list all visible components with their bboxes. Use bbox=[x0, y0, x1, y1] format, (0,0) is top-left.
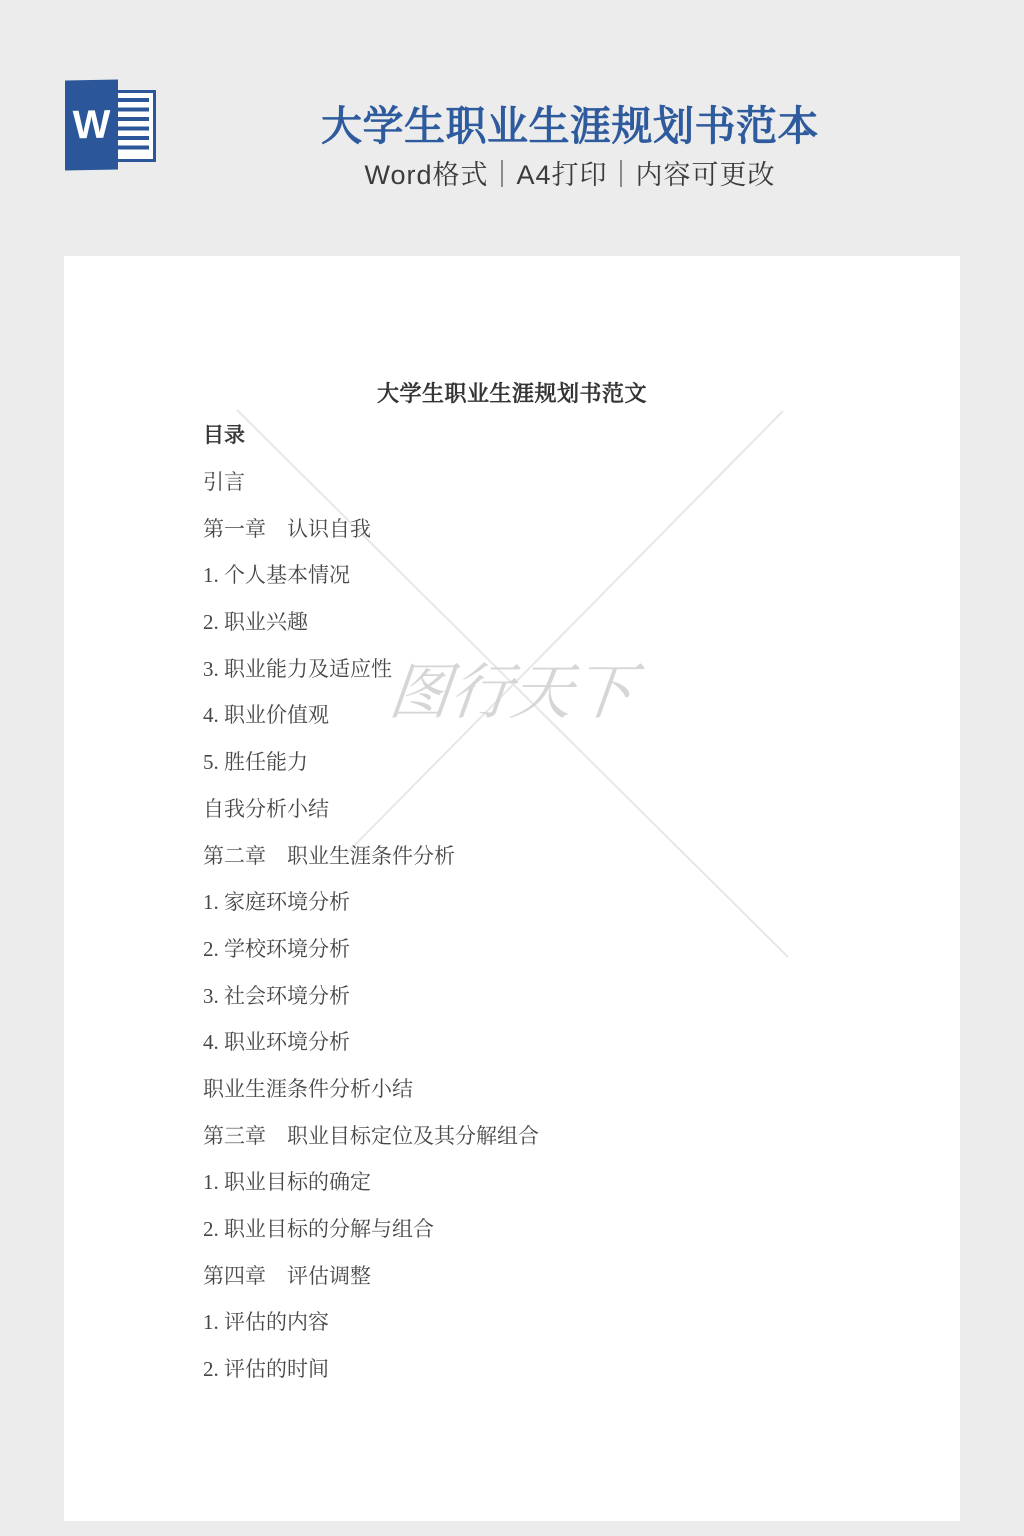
page-title: 大学生职业生涯规划书范本 bbox=[180, 93, 960, 152]
toc-item: 1. 家庭环境分析 bbox=[203, 878, 870, 925]
toc-item: 1. 职业目标的确定 bbox=[203, 1158, 870, 1205]
toc-item: 4. 职业环境分析 bbox=[203, 1018, 870, 1065]
screen: W 大学生职业生涯规划书范本 Word格式｜A4打印｜内容可更改 图行天下 大学… bbox=[0, 0, 1024, 1536]
toc-item: 2. 职业兴趣 bbox=[203, 598, 870, 645]
toc-item: 自我分析小结 bbox=[203, 785, 870, 832]
word-icon-page-lines bbox=[117, 98, 149, 154]
document-page: 图行天下 大学生职业生涯规划书范文 目录 引言 第一章 认识自我 1. 个人基本… bbox=[64, 256, 960, 1521]
word-icon-letter: W bbox=[73, 105, 111, 146]
word-file-icon: W bbox=[65, 80, 157, 172]
toc-item: 2. 职业目标的分解与组合 bbox=[203, 1205, 870, 1252]
toc-item: 第二章 职业生涯条件分析 bbox=[203, 831, 870, 878]
toc-item: 职业生涯条件分析小结 bbox=[203, 1065, 870, 1112]
toc-item: 第一章 认识自我 bbox=[203, 504, 870, 551]
toc-item: 引言 bbox=[203, 458, 870, 505]
toc-item: 3. 社会环境分析 bbox=[203, 971, 870, 1018]
word-icon-panel: W bbox=[65, 79, 118, 170]
document-title: 大学生职业生涯规划书范文 bbox=[64, 377, 960, 408]
toc-item: 3. 职业能力及适应性 bbox=[203, 644, 870, 691]
toc-item: 5. 胜任能力 bbox=[203, 738, 870, 785]
toc-item: 2. 学校环境分析 bbox=[203, 925, 870, 972]
toc-item: 2. 评估的时间 bbox=[203, 1345, 870, 1392]
header: W 大学生职业生涯规划书范本 Word格式｜A4打印｜内容可更改 bbox=[0, 0, 1024, 256]
toc-item: 4. 职业价值观 bbox=[203, 691, 870, 738]
toc-item: 目录 bbox=[203, 411, 870, 458]
toc-item: 1. 个人基本情况 bbox=[203, 551, 870, 598]
toc-item: 第三章 职业目标定位及其分解组合 bbox=[203, 1111, 870, 1158]
table-of-contents: 目录 引言 第一章 认识自我 1. 个人基本情况 2. 职业兴趣 3. 职业能力… bbox=[203, 411, 870, 1391]
toc-item: 1. 评估的内容 bbox=[203, 1298, 870, 1345]
page-subtitle: Word格式｜A4打印｜内容可更改 bbox=[180, 153, 960, 192]
toc-item: 第四章 评估调整 bbox=[203, 1251, 870, 1298]
